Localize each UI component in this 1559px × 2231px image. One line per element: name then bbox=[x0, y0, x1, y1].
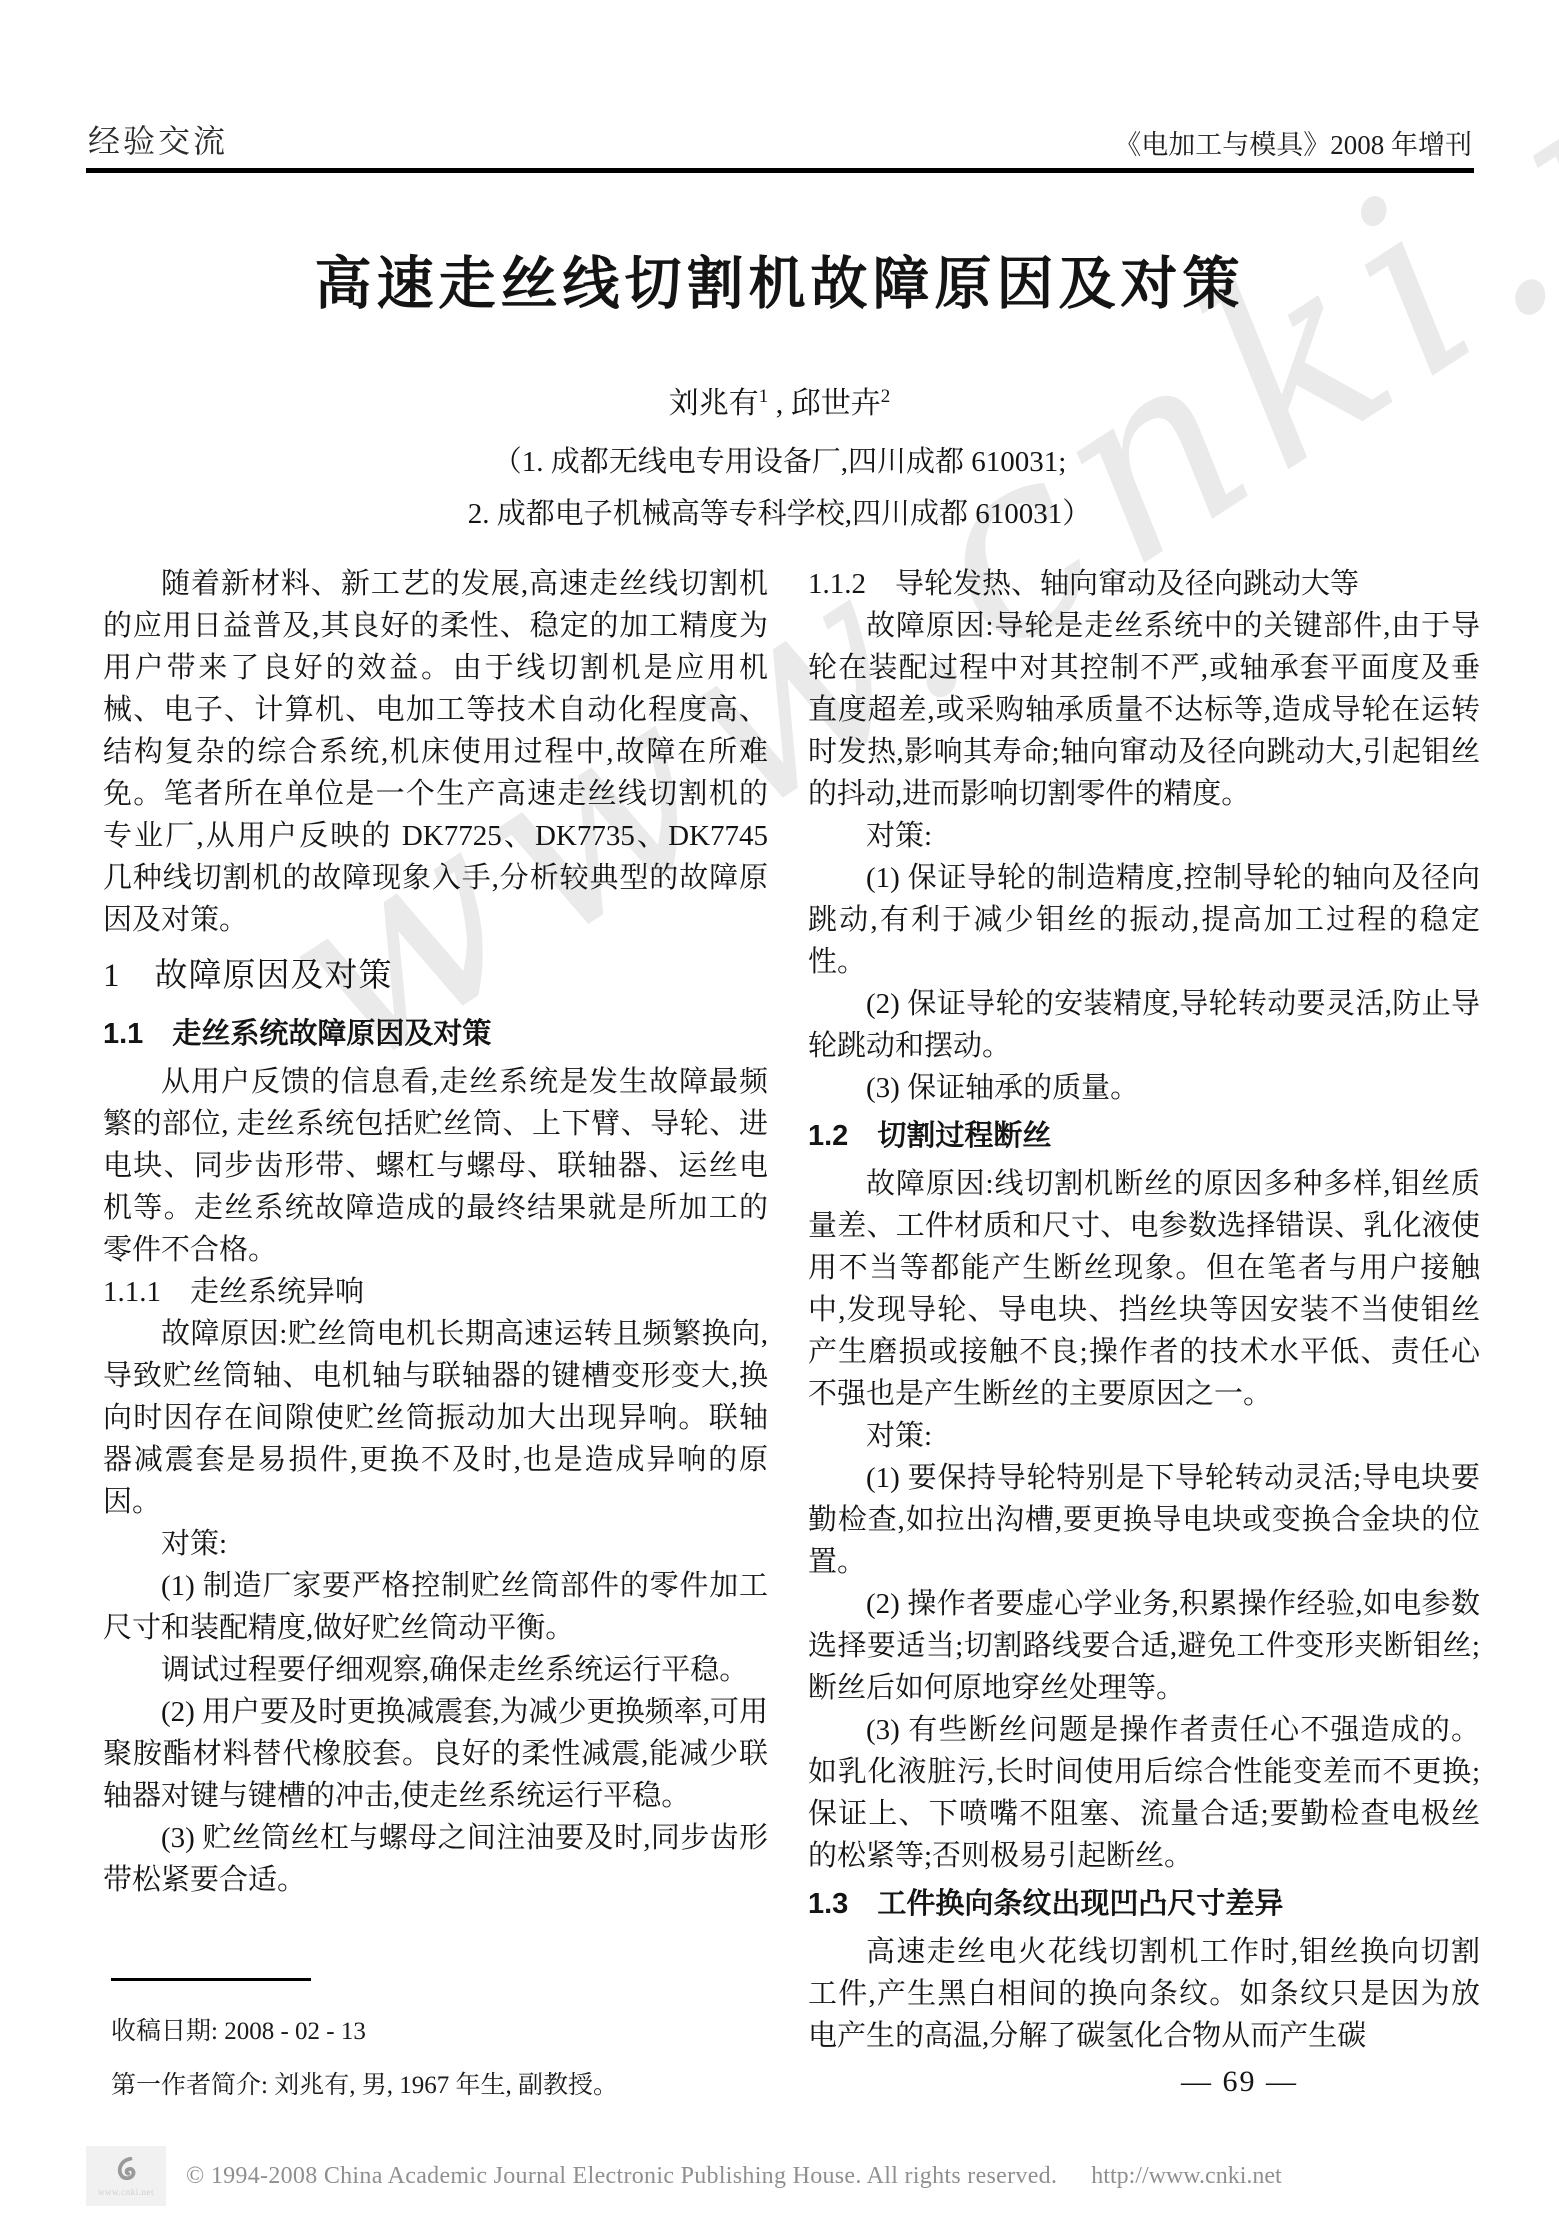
paragraph: (2) 操作者要虚心学业务,积累操作经验,如电参数选择要适当;切割路线要合适,避… bbox=[808, 1583, 1480, 1709]
footnote-rule bbox=[111, 1978, 311, 1981]
page-header: 经验交流 《电加工与模具》2008 年增刊 bbox=[88, 116, 1472, 162]
paragraph: 故障原因:贮丝筒电机长期高速运转且频繁换向,导致贮丝筒轴、电机轴与联轴器的键槽变… bbox=[103, 1313, 768, 1523]
author-affiliation-marker: 1 bbox=[759, 386, 769, 407]
section-heading: 1.1.1 走丝系统异响 bbox=[103, 1271, 768, 1313]
paragraph: (2) 保证导轮的安装精度,导轮转动要灵活,防止导轮跳动和摆动。 bbox=[808, 983, 1480, 1067]
section-heading: 1.1 走丝系统故障原因及对策 bbox=[103, 1013, 768, 1055]
left-column: 随着新材料、新工艺的发展,高速走丝线切割机的应用日益普及,其良好的柔性、稳定的加… bbox=[103, 563, 768, 1901]
right-column: 1.1.2 导轮发热、轴向窜动及径向跳动大等故障原因:导轮是走丝系统中的关键部件… bbox=[808, 563, 1480, 2103]
paragraph: 对策: bbox=[808, 815, 1480, 857]
paragraph: (3) 有些断丝问题是操作者责任心不强造成的。如乳化液脏污,长时间使用后综合性能… bbox=[808, 1709, 1480, 1877]
paragraph: 随着新材料、新工艺的发展,高速走丝线切割机的应用日益普及,其良好的柔性、稳定的加… bbox=[103, 563, 768, 941]
journal-issue-label: 《电加工与模具》2008 年增刊 bbox=[1114, 123, 1472, 162]
paragraph: 故障原因:导轮是走丝系统中的关键部件,由于导轮在装配过程中对其控制不严,或轴承套… bbox=[808, 605, 1480, 815]
affiliations-block: （1. 成都无线电专用设备厂,四川成都 610031;2. 成都电子机械高等专科… bbox=[0, 436, 1559, 540]
section-heading: 1 故障原因及对策 bbox=[103, 955, 768, 997]
column-section-label: 经验交流 bbox=[88, 116, 228, 162]
header-rule bbox=[86, 168, 1474, 173]
paragraph: 从用户反馈的信息看,走丝系统是发生故障最频繁的部位, 走丝系统包括贮丝筒、上下臂… bbox=[103, 1061, 768, 1271]
author-name: 刘兆有 bbox=[669, 387, 759, 420]
page-number: — 69 — bbox=[808, 2061, 1480, 2103]
footnote-block: 收稿日期: 2008 - 02 - 13 第一作者简介: 刘兆有, 男, 196… bbox=[105, 1978, 770, 2119]
article-title: 高速走丝线切割机故障原因及对策 bbox=[0, 238, 1559, 320]
section-heading: 1.3 工件换向条纹出现凹凸尺寸差异 bbox=[808, 1883, 1480, 1925]
footer-url[interactable]: http://www.cnki.net bbox=[1091, 2163, 1281, 2190]
paragraph: (3) 贮丝筒丝杠与螺母之间注油要及时,同步齿形带松紧要合适。 bbox=[103, 1817, 768, 1901]
paragraph: 调试过程要仔细观察,确保走丝系统运行平稳。 bbox=[103, 1649, 768, 1691]
paragraph: 对策: bbox=[808, 1415, 1480, 1457]
author-affiliation-marker: 2 bbox=[881, 386, 891, 407]
author-name: 邱世卉 bbox=[791, 387, 881, 420]
paragraph: (1) 要保持导轮特别是下导轮转动灵活;导电块要勤检查,如拉出沟槽,要更换导电块… bbox=[808, 1457, 1480, 1583]
paragraph: 高速走丝电火花线切割机工作时,钼丝换向切割工件,产生黑白相间的换向条纹。如条纹只… bbox=[808, 1931, 1480, 2057]
section-heading: 1.2 切割过程断丝 bbox=[808, 1115, 1480, 1157]
cnki-logo: www.cnki.net bbox=[86, 2146, 166, 2206]
first-author-bio: 第一作者简介: 刘兆有, 男, 1967 年生, 副教授。 bbox=[111, 2065, 770, 2101]
affiliation-line: （1. 成都无线电专用设备厂,四川成都 610031; bbox=[0, 436, 1559, 488]
paragraph: (1) 制造厂家要严格控制贮丝筒部件的零件加工尺寸和装配精度,做好贮丝筒动平衡。 bbox=[103, 1565, 768, 1649]
cnki-logo-caption: www.cnki.net bbox=[98, 2187, 154, 2197]
copyright-text: © 1994-2008 China Academic Journal Elect… bbox=[186, 2163, 1057, 2190]
paragraph: (1) 保证导轮的制造精度,控制导轮的轴向及径向跳动,有利于减少钼丝的振动,提高… bbox=[808, 857, 1480, 983]
page-footer: www.cnki.net © 1994-2008 China Academic … bbox=[86, 2146, 1476, 2206]
affiliation-line: 2. 成都电子机械高等专科学校,四川成都 610031） bbox=[0, 488, 1559, 540]
journal-page: www.cnki.net 经验交流 《电加工与模具》2008 年增刊 高速走丝线… bbox=[0, 0, 1559, 2231]
received-date: 收稿日期: 2008 - 02 - 13 bbox=[111, 2011, 770, 2047]
authors-line: 刘兆有1 , 邱世卉2 bbox=[0, 378, 1559, 422]
paragraph: 故障原因:线切割机断丝的原因多种多样,钼丝质量差、工件材质和尺寸、电参数选择错误… bbox=[808, 1163, 1480, 1415]
section-heading: 1.1.2 导轮发热、轴向窜动及径向跳动大等 bbox=[808, 563, 1480, 605]
cnki-swirl-icon bbox=[111, 2155, 141, 2185]
paragraph: (3) 保证轴承的质量。 bbox=[808, 1067, 1480, 1109]
paragraph: (2) 用户要及时更换减震套,为减少更换频率,可用聚胺酯材料替代橡胶套。良好的柔… bbox=[103, 1691, 768, 1817]
paragraph: 对策: bbox=[103, 1523, 768, 1565]
